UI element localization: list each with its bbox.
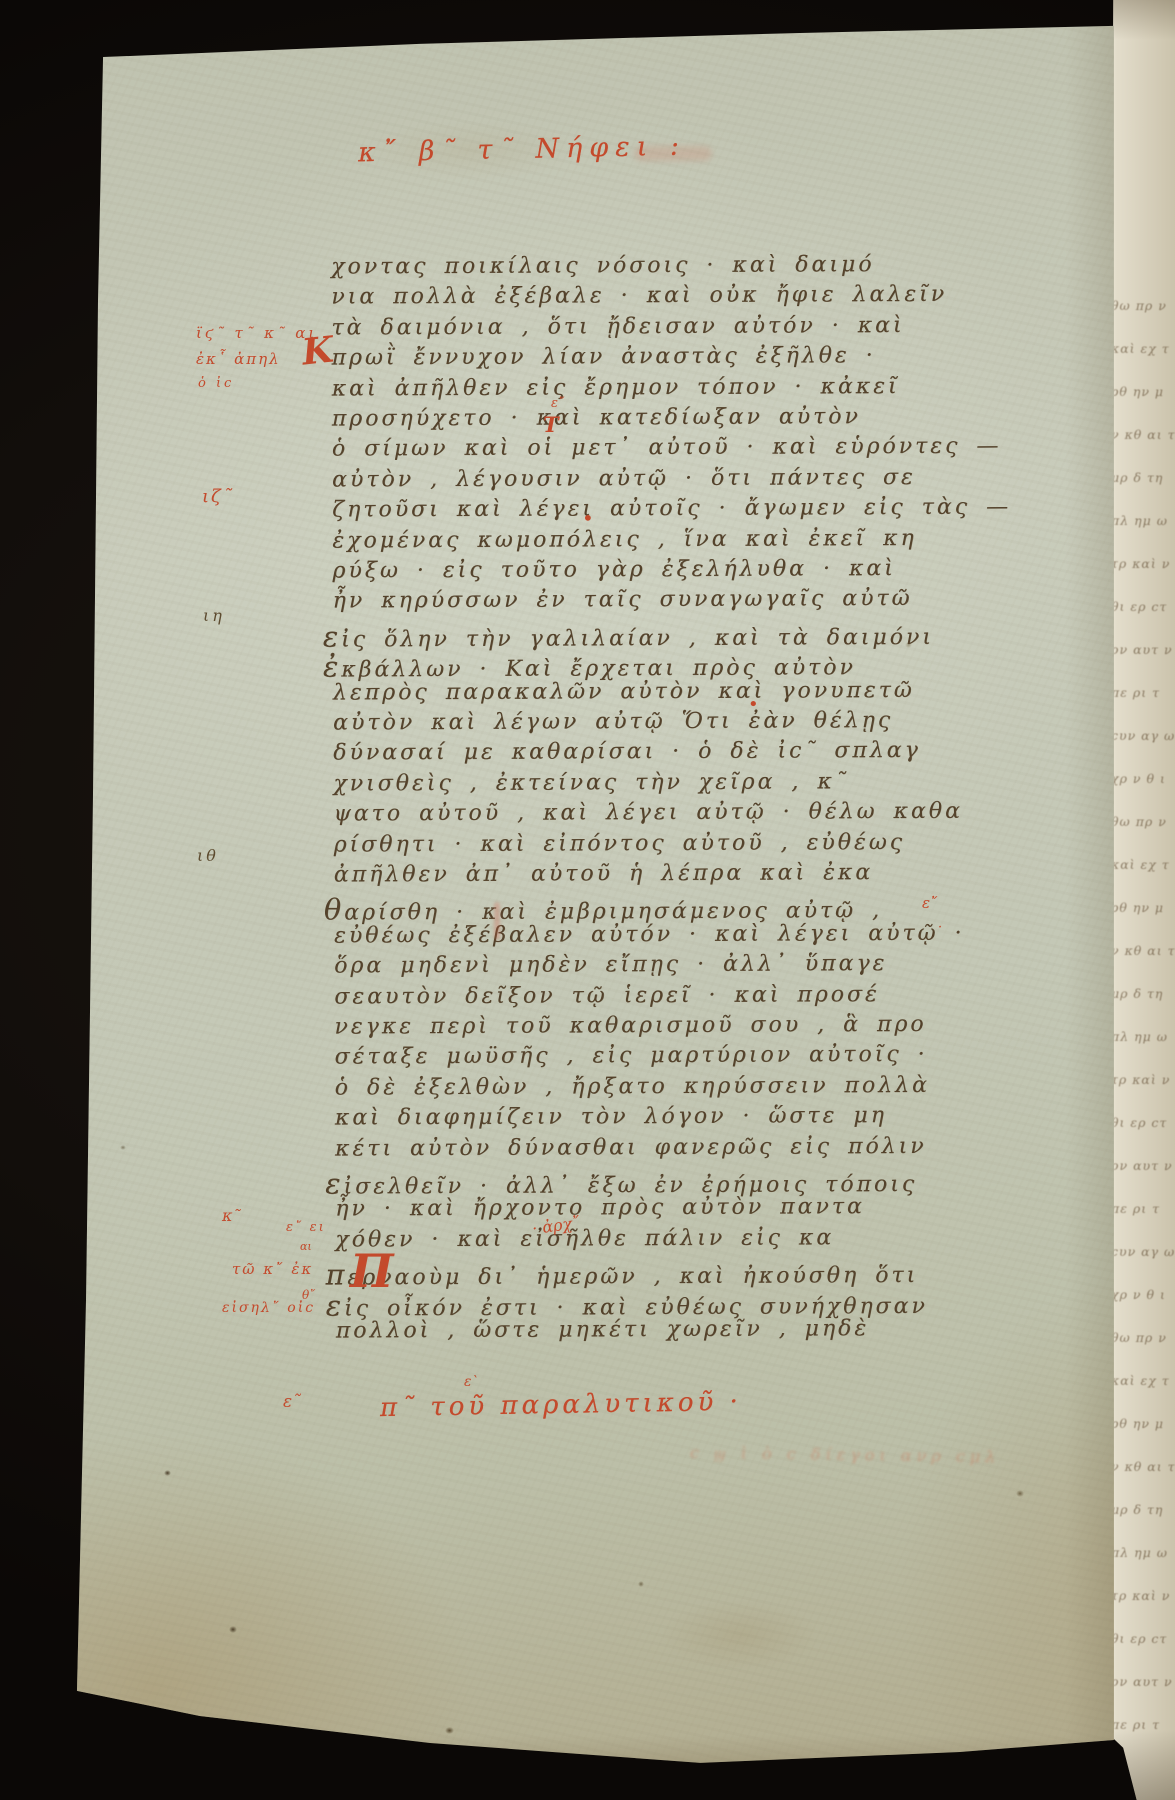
text-line: ρίσθητι · καὶ εἰπόντος αὐτοῦ , εὐθέως bbox=[334, 830, 906, 857]
red-ink-bleed bbox=[494, 902, 500, 940]
text-line: αὐτὸν καὶ λέγων αὐτῷ Ὅτι ἐὰν θέλῃς bbox=[333, 708, 893, 735]
text-line: καὶ ἀπῆλθεν εἰς ἔρημον τόπον · κἀκεῖ bbox=[332, 374, 900, 401]
text-line: ψατο αὐτοῦ , καὶ λέγει αὐτῷ · θέλω καθα bbox=[333, 799, 962, 827]
manuscript-photo: θω πρ νκαὶ εχ τρθ ην μν κθ αι τμρ δ τηπλ… bbox=[0, 0, 1175, 1800]
main-text-block: χοντας ποικίλαις νόσοις · καὶ δαιμόνια π… bbox=[330, 0, 1020, 2]
inline-correction-tau: Τ bbox=[543, 412, 559, 437]
margin-lection-note: κ῀ bbox=[222, 1206, 241, 1225]
stain-speck bbox=[120, 1145, 126, 1150]
stain-speck bbox=[1016, 1490, 1024, 1497]
text-line: τὰ δαιμόνια , ὅτι ᾔδεισαν αὐτόν · καὶ bbox=[331, 313, 904, 341]
margin-lection-note: ε῎ ει bbox=[286, 1220, 326, 1235]
margin-lection-note: αι bbox=[300, 1240, 312, 1253]
margin-initial-kappa: Κ bbox=[300, 328, 336, 373]
text-line: χοντας ποικίλαις νόσοις · καὶ δαιμό bbox=[331, 252, 875, 279]
chapter-number: ε῀ bbox=[283, 1392, 301, 1412]
offset-ghost-text: ϲ ϣ ὶ ὸ ϲ δίεγοι ανρ ϲμλ bbox=[690, 1443, 1120, 1469]
text-line: ἀπῆλθεν ἀπ᾽ αὐτοῦ ἡ λέπρα καὶ ἐκα bbox=[334, 860, 873, 887]
right-margin-mark: ε῎ bbox=[922, 894, 938, 912]
chapter-title-rubric: π῀ τοῦ παραλυτικοῦ · bbox=[380, 1387, 742, 1423]
margin-lection-note: ἐκ῟ ἀπηλ bbox=[196, 350, 281, 368]
text-line: ἦν · καὶ ἤρχοντο πρὸς αὐτὸν παντα bbox=[335, 1195, 865, 1222]
stain-speck bbox=[164, 1470, 171, 1476]
text-line: ὅρα μηδενὶ μηδὲν εἴπῃς · ἀλλ᾽ ὕπαγε bbox=[334, 951, 887, 978]
text-line: χνισθεὶς , ἐκτείνας τὴν χεῖρα , κ῀ bbox=[333, 769, 848, 796]
next-folio-edge: θω πρ νκαὶ εχ τρθ ην μν κθ αι τμρ δ τηπλ… bbox=[1104, 0, 1175, 1800]
text-line: πολλοὶ , ὥστε μηκέτι χωρεῖν , μηδὲ bbox=[336, 1316, 869, 1343]
margin-lection-note: ὁ ἰϲ bbox=[198, 376, 234, 391]
parchment-stain bbox=[660, 1600, 820, 1670]
kephalaion-number-18: ιη bbox=[203, 606, 225, 625]
folio-edge-shading bbox=[1104, 0, 1175, 1800]
text-line: κέτι αὐτὸν δύνασθαι φανερῶς εἰς πόλιν bbox=[335, 1134, 927, 1162]
red-bullet: • bbox=[582, 506, 594, 530]
rubric-ink-smear bbox=[634, 146, 712, 161]
manuscript-page: κ῎ β῀ τ῀ Νήφει : χοντας ποικίλαις νόσοις… bbox=[0, 0, 1175, 1800]
text-line: λεπρὸς παρακαλῶν αὐτὸν καὶ γονυπετῶ bbox=[333, 678, 915, 706]
right-margin-mark: · bbox=[938, 920, 942, 935]
text-line: ὁ σίμων καὶ οἱ μετ᾽ αὐτοῦ · καὶ εὑρόντες… bbox=[332, 434, 1002, 462]
stain-speck bbox=[445, 1727, 454, 1734]
text-line: πρωῒ ἔννυχον λίαν ἀναστὰς ἐξῆλθε · bbox=[332, 343, 876, 370]
text-line: σεαυτὸν δεῖξον τῷ ἱερεῖ · καὶ προσέ bbox=[334, 982, 880, 1009]
text-line: καὶ διαφημίζειν τὸν λόγον · ὥστε μη bbox=[335, 1103, 887, 1130]
text-line: δύνασαί με καθαρίσαι · ὁ δὲ ἰϲ῀ σπλαγ bbox=[333, 738, 921, 766]
kephalaion-number-17: ιζ῀ bbox=[202, 486, 234, 507]
text-line: αὐτὸν , λέγουσιν αὐτῷ · ὅτι πάντες σε bbox=[332, 465, 916, 493]
text-line: εὐθέως ἐξέβαλεν αὐτόν · καὶ λέγει αὐτῷ · bbox=[334, 921, 965, 949]
kephalaion-number-19: ιθ bbox=[197, 846, 219, 865]
text-line: ἐχομένας κωμοπόλεις , ἵνα καὶ ἐκεῖ κη bbox=[332, 526, 916, 554]
text-line: ἦν κηρύσσων ἐν ταῖς συναγωγαῖς αὐτῶ bbox=[333, 586, 913, 614]
text-line: ζητοῦσι καὶ λέγει αὐτοῖς · ἄγωμεν εἰς τὰ… bbox=[332, 495, 1011, 523]
margin-lection-note: εἰσηλ῎ οἰϲ bbox=[222, 1300, 315, 1316]
text-line: σέταξε μωϋσῆς , εἰς μαρτύριον αὐτοῖς · bbox=[335, 1042, 928, 1070]
text-line: προσηύχετο · καὶ κατεδίωξαν αὐτὸν bbox=[332, 404, 861, 431]
red-bullet: • bbox=[748, 694, 759, 715]
text-line: ρύξω · εἰς τοῦτο γὰρ ἐξελήλυθα · καὶ bbox=[332, 556, 895, 583]
margin-lection-note: τῶ κ῎ ἐκ bbox=[232, 1260, 313, 1278]
text-line: νια πολλὰ ἐξέβαλε · καὶ οὐκ ἤφιε λαλεῖν bbox=[331, 282, 947, 310]
chapter-rubric-superscript: ε` bbox=[464, 1374, 479, 1390]
stain-speck bbox=[229, 1626, 237, 1633]
text-line: χόθεν · καὶ εἰσῆλθε πάλιν εἰς κα bbox=[335, 1225, 834, 1252]
margin-initial-pi: Π bbox=[350, 1244, 393, 1298]
stain-speck bbox=[638, 1581, 644, 1587]
text-line: νεγκε περὶ τοῦ καθαρισμοῦ σου , ἃ προ bbox=[334, 1012, 926, 1040]
text-line: ὁ δὲ ἐξελθὼν , ἤρξατο κηρύσσειν πολλὰ bbox=[335, 1073, 930, 1101]
interlinear-correction: ε῎ bbox=[551, 396, 564, 411]
